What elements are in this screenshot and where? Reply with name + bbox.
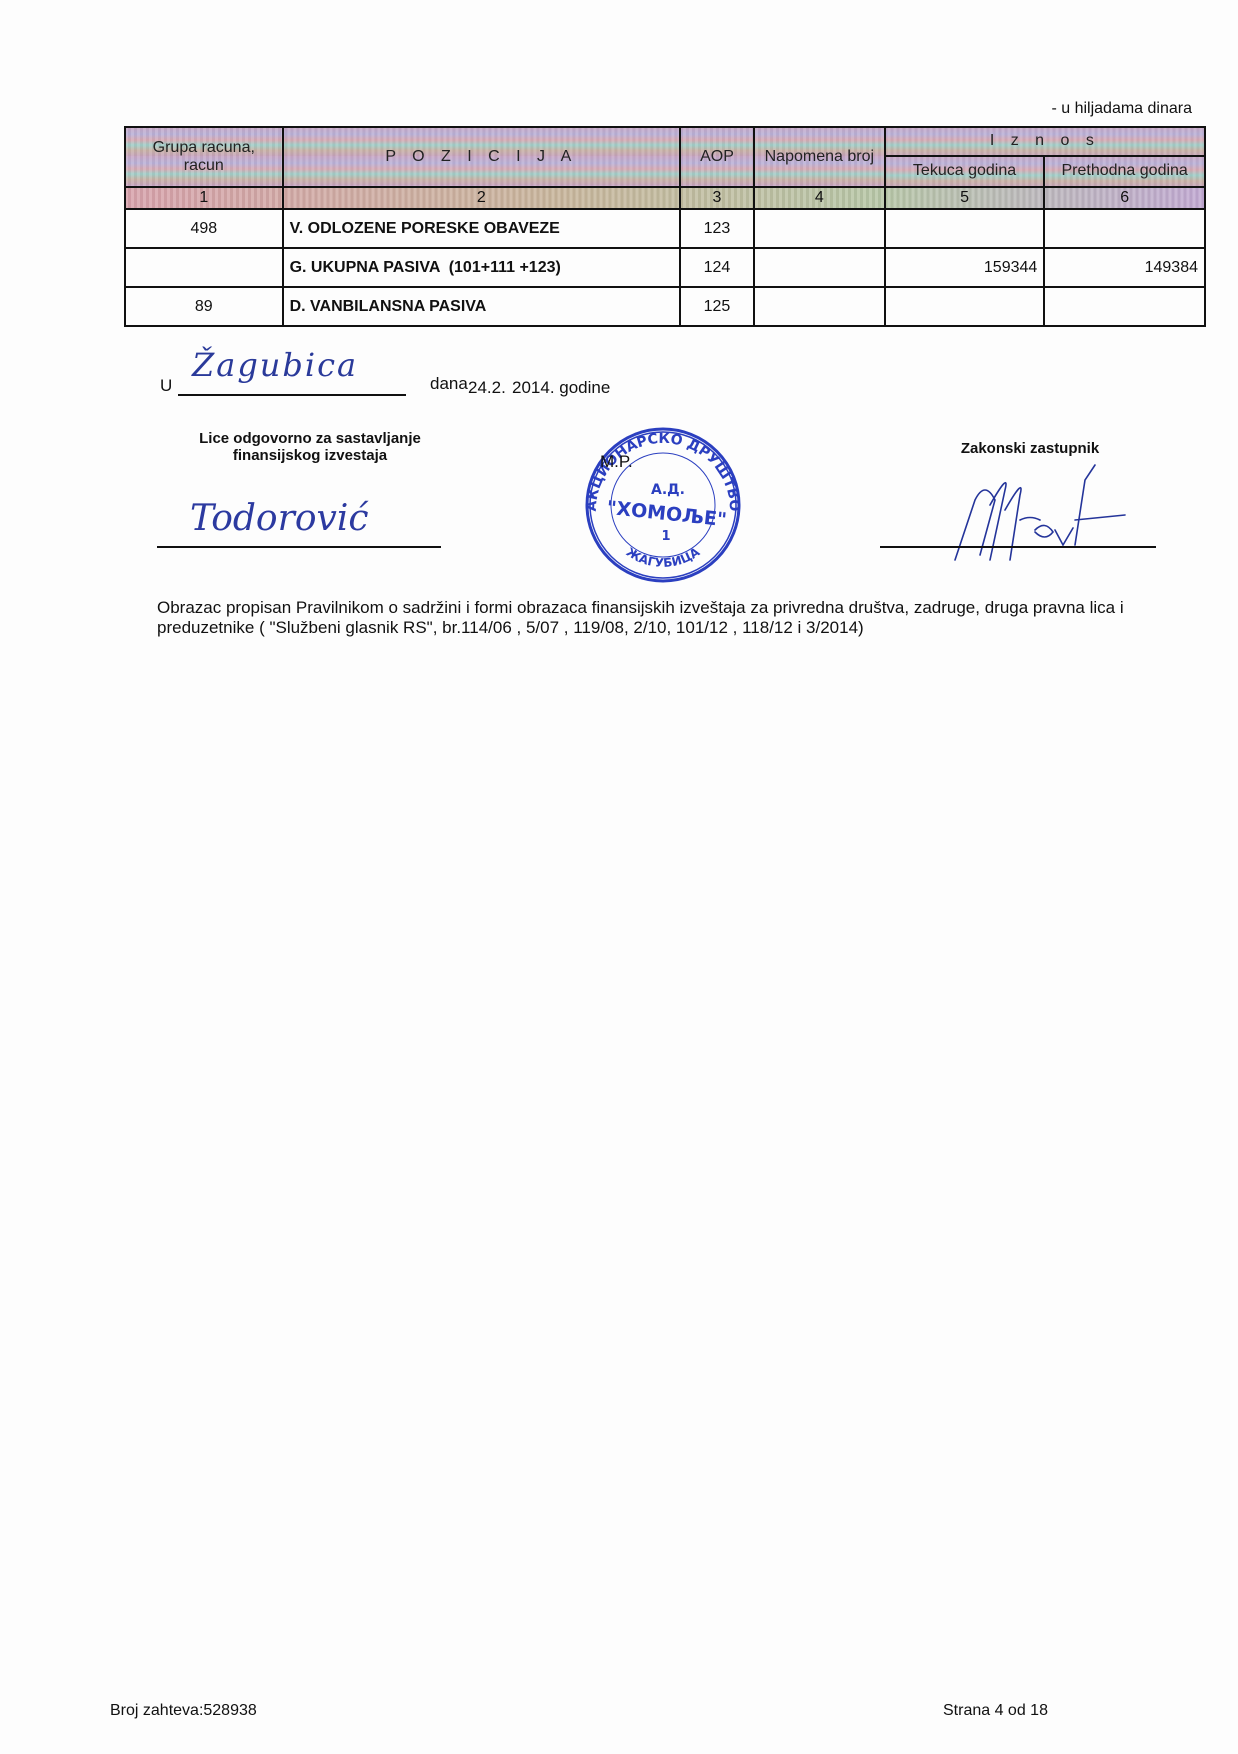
cell-current bbox=[885, 209, 1045, 248]
table-row: G. UKUPNA PASIVA (101+111 +123) 124 1593… bbox=[125, 248, 1205, 287]
balance-sheet-table: Grupa racuna, racun P O Z I C I J A AOP … bbox=[124, 126, 1206, 327]
date-year: 2014. godine bbox=[512, 378, 610, 398]
cell-current bbox=[885, 287, 1045, 326]
cell-note bbox=[754, 248, 885, 287]
col-num: 6 bbox=[1044, 187, 1205, 209]
cell-position: D. VANBILANSNA PASIVA bbox=[283, 287, 680, 326]
stamp-mp-label: M.P. bbox=[600, 452, 633, 472]
page-number: Strana 4 od 18 bbox=[943, 1702, 1048, 1720]
cell-aop: 124 bbox=[680, 248, 754, 287]
header-previous-year: Prethodna godina bbox=[1044, 156, 1205, 187]
date-value: 24.2. bbox=[468, 378, 506, 398]
handwritten-place: Žagubica bbox=[192, 346, 358, 384]
request-number: Broj zahteva:528938 bbox=[110, 1702, 257, 1720]
svg-text:"ХОМОЉЕ": "ХОМОЉЕ" bbox=[606, 497, 728, 531]
cell-note bbox=[754, 287, 885, 326]
col-num: 3 bbox=[680, 187, 754, 209]
col-num: 5 bbox=[885, 187, 1045, 209]
cell-group bbox=[125, 248, 283, 287]
stamp-icon: АКЦИОНАРСКО ДРУШТВО ЖАГУБИЦА А.Д. "ХОМОЉ… bbox=[578, 420, 748, 585]
col-num: 4 bbox=[754, 187, 885, 209]
header-position: P O Z I C I J A bbox=[283, 127, 680, 187]
place-prefix: U bbox=[160, 376, 172, 396]
left-signature: Todorović bbox=[190, 498, 369, 539]
header-aop: AOP bbox=[680, 127, 754, 187]
svg-text:А.Д.: А.Д. bbox=[651, 482, 685, 498]
right-signature bbox=[935, 460, 1145, 570]
col-num: 1 bbox=[125, 187, 283, 209]
responsible-person-label: Lice odgovorno za sastavljanje finansijs… bbox=[160, 430, 460, 464]
right-signature-line bbox=[880, 546, 1156, 548]
cell-aop: 123 bbox=[680, 209, 754, 248]
cell-group: 89 bbox=[125, 287, 283, 326]
header-note: Napomena broj bbox=[754, 127, 885, 187]
cell-previous bbox=[1044, 209, 1205, 248]
table-row: 89 D. VANBILANSNA PASIVA 125 bbox=[125, 287, 1205, 326]
unit-note: - u hiljadama dinara bbox=[1051, 100, 1192, 118]
company-stamp: АКЦИОНАРСКО ДРУШТВО ЖАГУБИЦА А.Д. "ХОМОЉ… bbox=[578, 420, 748, 585]
svg-text:1: 1 bbox=[661, 529, 670, 544]
responsible-label-line1: Lice odgovorno za sastavljanje bbox=[160, 430, 460, 447]
left-signature-line bbox=[157, 546, 441, 548]
responsible-label-line2: finansijskog izvestaja bbox=[160, 447, 460, 464]
header-group: Grupa racuna, racun bbox=[125, 127, 283, 187]
cell-position: G. UKUPNA PASIVA (101+111 +123) bbox=[283, 248, 680, 287]
header-amount: I z n o s bbox=[885, 127, 1205, 156]
place-line bbox=[178, 394, 406, 396]
header-current-year: Tekuca godina bbox=[885, 156, 1045, 187]
table-row: 498 V. ODLOZENE PORESKE OBAVEZE 123 bbox=[125, 209, 1205, 248]
cell-current: 159344 bbox=[885, 248, 1045, 287]
signature-scribble-icon bbox=[935, 460, 1145, 570]
cell-previous bbox=[1044, 287, 1205, 326]
cell-position: V. ODLOZENE PORESKE OBAVEZE bbox=[283, 209, 680, 248]
cell-previous: 149384 bbox=[1044, 248, 1205, 287]
cell-note bbox=[754, 209, 885, 248]
cell-aop: 125 bbox=[680, 287, 754, 326]
legal-note: Obrazac propisan Pravilnikom o sadržini … bbox=[157, 598, 1197, 638]
cell-group: 498 bbox=[125, 209, 283, 248]
column-numbers-row: 1 2 3 4 5 6 bbox=[125, 187, 1205, 209]
col-num: 2 bbox=[283, 187, 680, 209]
svg-text:ЖАГУБИЦА: ЖАГУБИЦА bbox=[624, 544, 703, 570]
date-label: dana bbox=[430, 374, 468, 394]
legal-representative-label: Zakonski zastupnik bbox=[930, 440, 1130, 457]
